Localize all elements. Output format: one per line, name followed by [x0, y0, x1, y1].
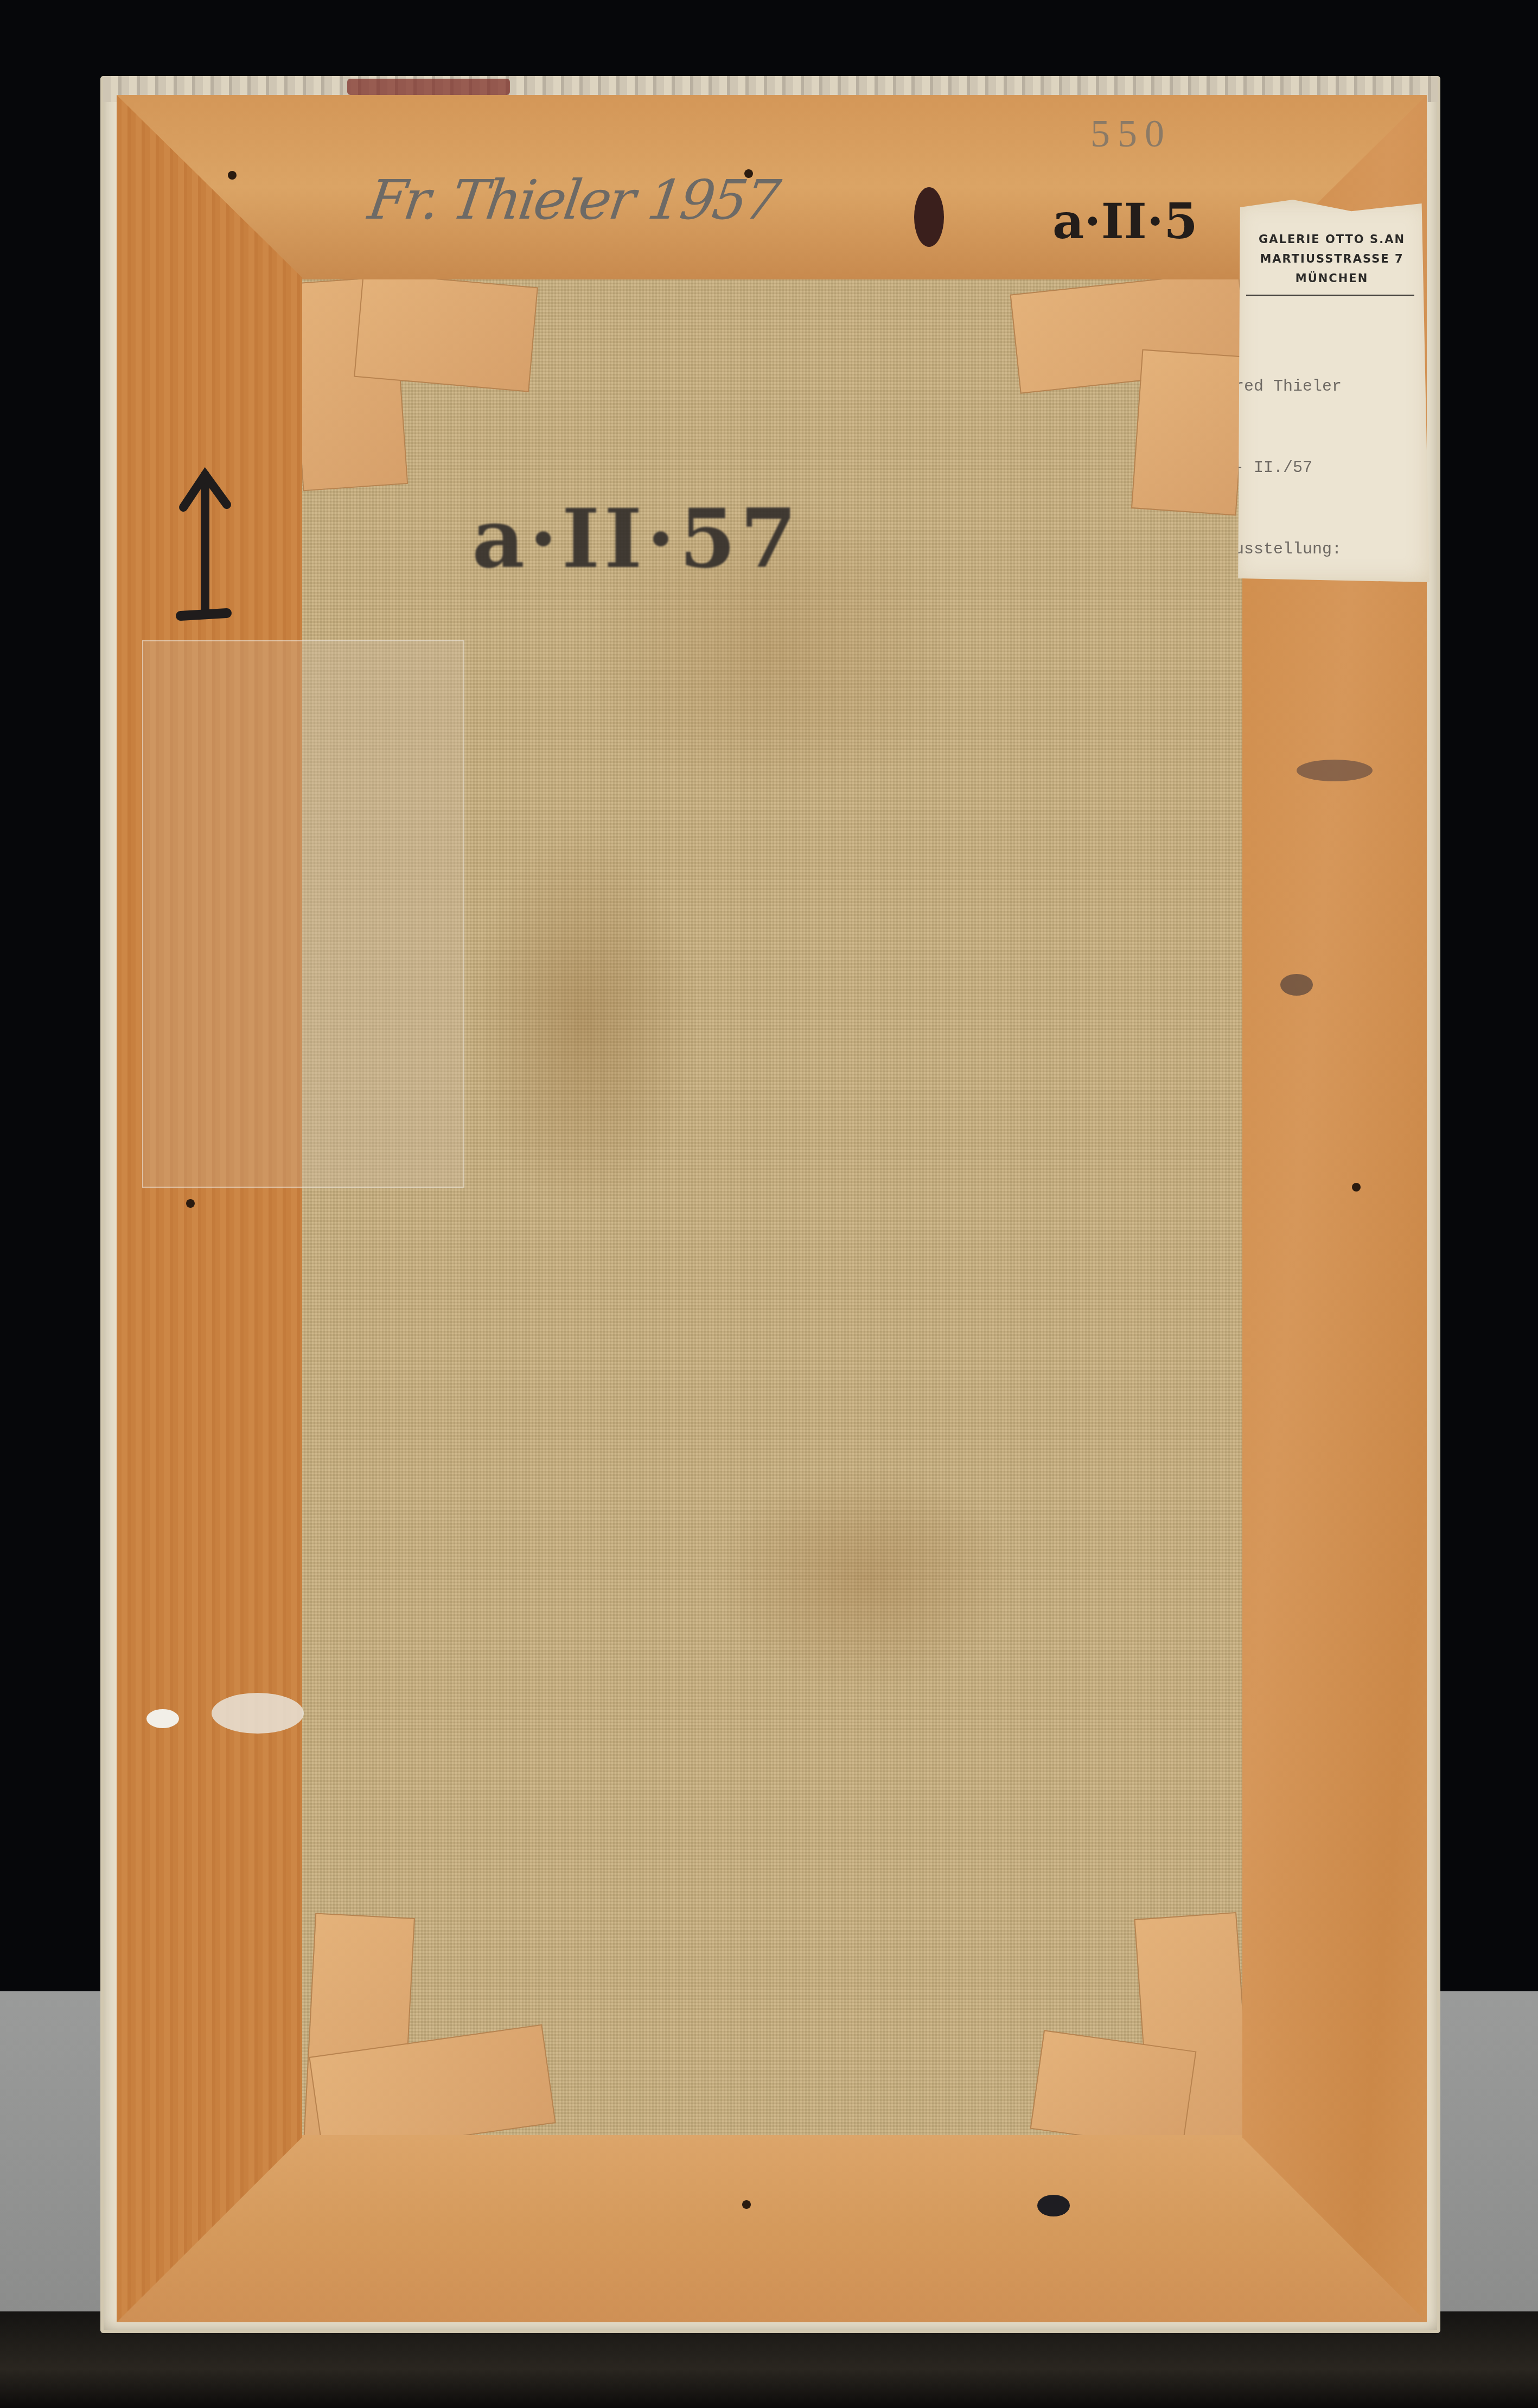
nail-hole — [1352, 1183, 1361, 1192]
paint-dot-white — [146, 1709, 179, 1728]
label-street: MARTIUSSTRASSE 7 — [1234, 249, 1429, 269]
paint-smear-right — [1297, 760, 1373, 781]
label-gallery-name: GALERIE OTTO S.AN — [1234, 230, 1429, 249]
nail-hole — [742, 2200, 751, 2209]
nail-hole — [186, 1199, 195, 1208]
corner-key-top-right-b — [1131, 349, 1247, 516]
paint-blob-black — [1037, 2195, 1070, 2216]
paint-blob-dark-red — [914, 187, 944, 247]
transparent-tape — [142, 640, 464, 1188]
label-printed-header: GALERIE OTTO S.AN MARTIUSSTRASSE 7 MÜNCH… — [1234, 230, 1429, 288]
paint-smear-white — [212, 1693, 304, 1734]
corner-key-top-left-b — [354, 272, 538, 392]
label-city: MÜNCHEN — [1234, 269, 1429, 288]
pencil-number: 550 — [1090, 111, 1172, 156]
gallery-label: GALERIE OTTO S.AN MARTIUSSTRASSE 7 MÜNCH… — [1234, 200, 1429, 582]
stretcher-bar-bottom — [117, 2135, 1427, 2322]
stretcher-bar-left — [117, 95, 302, 2322]
red-paint-edge — [347, 79, 510, 95]
label-title-code: - II./57 — [1234, 455, 1429, 482]
bar-inscription: a·II·5 — [1052, 193, 1198, 250]
up-arrow-icon — [173, 467, 238, 629]
label-exhibition: usstellung: — [1234, 536, 1429, 563]
paint-smear-right-2 — [1280, 974, 1313, 996]
corner-key-bottom-right-b — [1030, 2030, 1197, 2150]
label-divider — [1246, 295, 1414, 296]
canvas-inscription: a·II·57 — [472, 491, 801, 587]
nail-hole — [228, 171, 237, 180]
pencil-signature: Fr. Thieler 1957 — [365, 168, 782, 232]
label-artist: red Thieler — [1234, 373, 1429, 400]
